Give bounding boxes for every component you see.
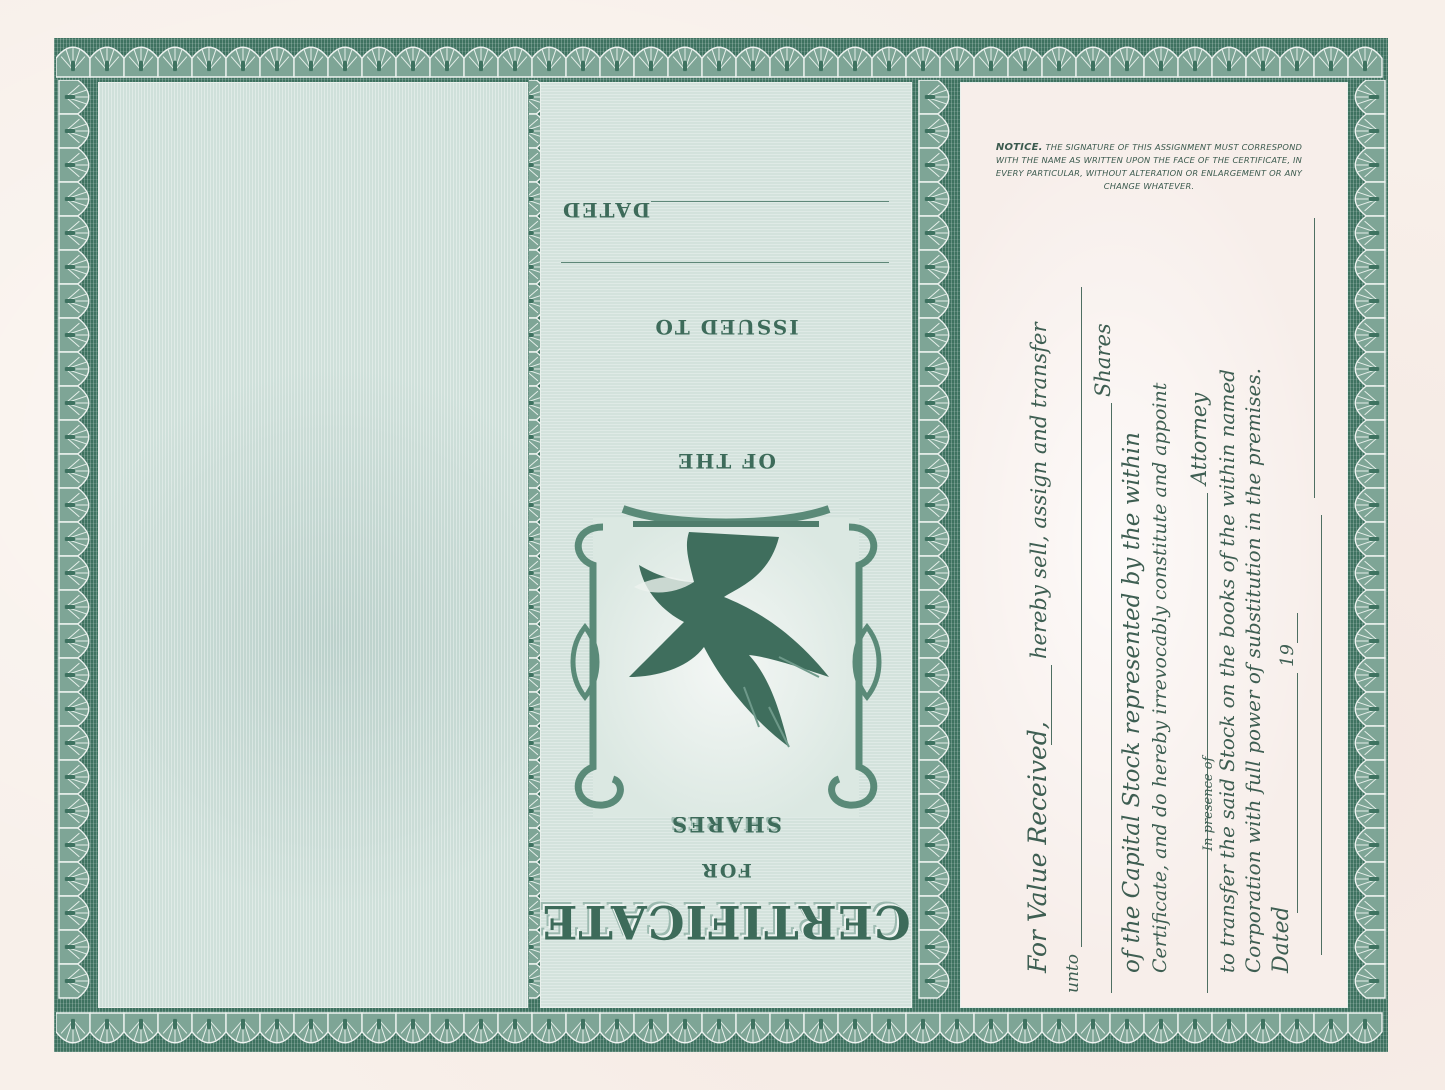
certificate-stub-panel: CERTIFICATE FOR SHARES OF THE ISSUED TO (540, 82, 912, 1008)
witness-line-1[interactable] (1314, 218, 1315, 498)
dated-text: Dated (1269, 906, 1294, 973)
year-prefix: 19 (1277, 644, 1298, 667)
unto-text: unto (1063, 954, 1083, 993)
year-line[interactable] (1297, 613, 1298, 643)
shares-text: Shares (1091, 323, 1115, 397)
presence-text: In presence of (1201, 757, 1216, 851)
issued-to-line (561, 262, 889, 263)
for-label: FOR (541, 859, 911, 881)
unto-line[interactable] (1081, 287, 1082, 947)
value-line (1051, 665, 1052, 745)
eagle-icon (563, 487, 889, 827)
capital-stock-line-1: of the Capital Stock represented by the … (1119, 432, 1145, 973)
for-value-received: For Value Received, (1023, 721, 1052, 973)
assignment-form: For Value Received, hereby sell, assign … (1001, 233, 1301, 1013)
assignment-panel: NOTICE. THE SIGNATURE OF THIS ASSIGNMENT… (960, 82, 1348, 1008)
dated-line (651, 201, 889, 202)
transfer-line-2: Corporation with full power of substitut… (1241, 368, 1265, 973)
capital-stock-line-2: Certificate, and do hereby irrevocably c… (1149, 383, 1171, 973)
transfer-line-1: to transfer the said Stock on the books … (1215, 369, 1239, 973)
attorney-line[interactable] (1207, 493, 1208, 993)
witness-line-2[interactable] (1321, 515, 1322, 955)
certificate-heading: CERTIFICATE (541, 895, 911, 949)
dated-line[interactable] (1297, 673, 1298, 913)
of-the-label: OF THE (541, 449, 911, 473)
issued-to-label: ISSUED TO (541, 315, 911, 339)
attorney-text: Attorney (1187, 393, 1211, 485)
notice-lead: NOTICE. (996, 142, 1043, 153)
hereby-text: hereby sell, assign and transfer (1027, 322, 1051, 659)
signature-notice: NOTICE. THE SIGNATURE OF THIS ASSIGNMENT… (989, 141, 1309, 193)
shares-line[interactable] (1111, 403, 1112, 993)
left-blank-panel (98, 82, 528, 1008)
dated-label: DATED (561, 198, 650, 222)
